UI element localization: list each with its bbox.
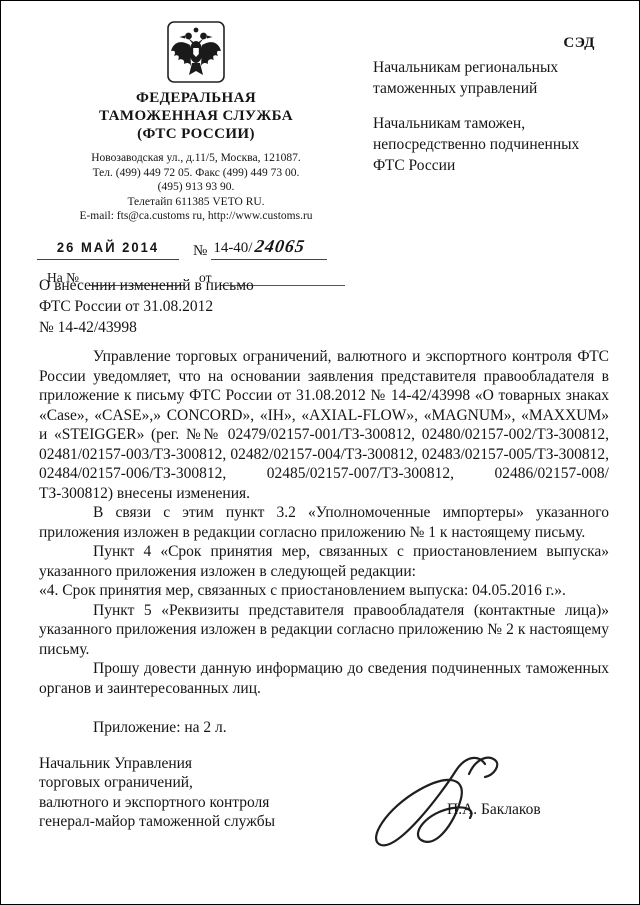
outgoing-number-printed: 14-40/ xyxy=(213,240,252,256)
outgoing-number-handwritten: 24065 xyxy=(254,236,307,257)
org-name-line: (ФТС РОССИИ) xyxy=(33,125,359,143)
addressee-line: таможенных управлений xyxy=(373,78,619,99)
body-paragraph: Пункт 4 «Срок принятия мер, связанных с … xyxy=(39,542,609,581)
org-name-line: ТАМОЖЕННАЯ СЛУЖБА xyxy=(33,107,359,125)
coat-of-arms-icon xyxy=(167,21,225,83)
reference-row: 26 МАЙ 2014 № 14-40/24065 xyxy=(33,236,359,260)
number-sign-label: № xyxy=(193,243,207,260)
signer-position-line: валютного и экспортного контроля xyxy=(39,793,339,813)
addressee-block: Начальникам региональных таможенных упра… xyxy=(373,57,619,176)
body-paragraph: В связи с этим пункт 3.2 «Уполномоченные… xyxy=(39,503,609,542)
body-paragraph: Пункт 5 «Реквизиты представителя правооб… xyxy=(39,601,609,660)
org-name-line: ФЕДЕРАЛЬНАЯ xyxy=(33,89,359,107)
outgoing-number-field: № 14-40/24065 xyxy=(193,236,327,260)
body-paragraph: Управление торговых ограничений, валютно… xyxy=(39,347,609,503)
letter-body: Управление торговых ограничений, валютно… xyxy=(39,347,609,854)
org-address-line: Телетайп 611385 VETO RU. xyxy=(33,195,359,210)
addressee-line: непосредственно подчиненных xyxy=(373,134,619,155)
subject-line: О внесении изменений в письмо xyxy=(39,275,339,296)
addressee-line: ФТС России xyxy=(373,155,619,176)
org-address-line: Тел. (499) 449 72 05. Факс (499) 449 73 … xyxy=(33,166,359,181)
signer-name: П.А. Баклаков xyxy=(447,800,541,820)
addressee-line: Начальникам таможен, xyxy=(373,113,619,134)
date-stamp: 26 МАЙ 2014 xyxy=(57,239,159,255)
signer-position-line: генерал-майор таможенной службы xyxy=(39,812,339,832)
signer-position-line: торговых ограничений, xyxy=(39,773,339,793)
signer-position-line: Начальник Управления xyxy=(39,754,339,774)
addressee-line: Начальникам региональных xyxy=(373,57,619,78)
body-paragraph: Прошу довести данную информацию до сведе… xyxy=(39,659,609,698)
letterhead: ФЕДЕРАЛЬНАЯ ТАМОЖЕННАЯ СЛУЖБА (ФТС РОССИ… xyxy=(33,21,359,286)
sed-label: СЭД xyxy=(563,35,595,52)
subject-line: ФТС России от 31.08.2012 xyxy=(39,296,339,317)
org-address-line: Новозаводская ул., д.11/5, Москва, 12108… xyxy=(33,151,359,166)
document-page: СЭД ФЕДЕРАЛЬН xyxy=(0,0,640,905)
org-address-line: (495) 913 93 90. xyxy=(33,180,359,195)
subject-line: № 14-42/43998 xyxy=(39,317,339,338)
attachment-note: Приложение: на 2 л. xyxy=(39,718,609,738)
letter-subject: О внесении изменений в письмо ФТС России… xyxy=(39,275,339,338)
date-field: 26 МАЙ 2014 xyxy=(37,239,179,260)
signature-block: Начальник Управления торговых ограничени… xyxy=(39,754,609,854)
body-paragraph: «4. Срок принятия мер, связанных с приос… xyxy=(39,581,609,601)
org-address-line: E-mail: fts@ca.customs ru, http://www.cu… xyxy=(33,209,359,224)
